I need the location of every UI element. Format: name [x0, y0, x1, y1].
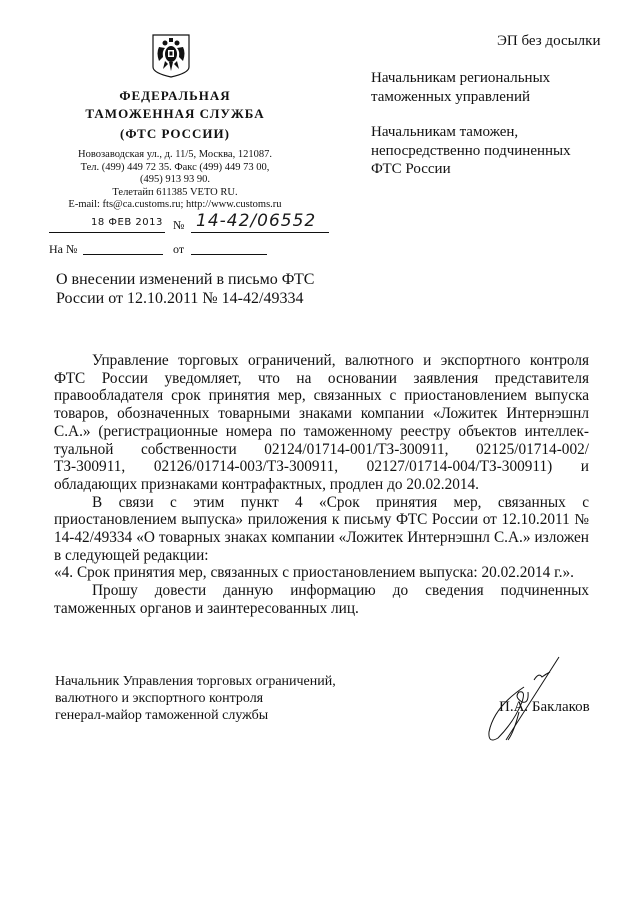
number-underline: [191, 232, 329, 233]
recipient-line: ФТС России: [371, 160, 571, 179]
recipient-block-1: Начальникам региональных таможенных упра…: [371, 69, 550, 106]
registration-number: 14-42/06552: [196, 211, 316, 231]
body-paragraph-2: В связи с этим пункт 4 «Срок принятия ме…: [54, 494, 589, 565]
org-name-line-3: (ФТС РОССИИ): [40, 126, 310, 142]
recipient-line: Начальникам региональных: [371, 69, 550, 88]
letter-body: Управление торговых ограничений, валютно…: [54, 352, 589, 618]
ref-number-blank: [83, 254, 163, 255]
subject-line-2: России от 12.10.2011 № 14-42/49334: [56, 289, 314, 308]
ref-date-label: от: [173, 242, 184, 257]
body-paragraph-quote: «4. Срок принятия мер, связанных с приос…: [54, 564, 589, 582]
teletype-line: Телетайп 611385 VETO RU.: [30, 187, 320, 200]
reference-line: На № от: [49, 240, 329, 260]
letter-subject: О внесении изменений в письмо ФТС России…: [56, 270, 314, 308]
signatory-name: П.А. Баклаков: [499, 699, 590, 716]
date-stamp: 18 ФЕВ 2013: [91, 217, 163, 228]
position-line: Начальник Управления торговых ограничени…: [55, 673, 336, 690]
recipient-line: непосредственно подчиненных: [371, 142, 571, 161]
position-line: генерал-майор таможенной службы: [55, 707, 336, 724]
coat-of-arms-icon: [151, 33, 191, 79]
recipient-line: Начальникам таможен,: [371, 123, 571, 142]
ref-number-label: На №: [49, 242, 77, 257]
org-address: Новозаводская ул., д. 11/5, Москва, 1210…: [30, 149, 320, 212]
address-line: Новозаводская ул., д. 11/5, Москва, 1210…: [30, 149, 320, 162]
delivery-marking: ЭП без досылки: [497, 33, 600, 50]
org-name-line-1: ФЕДЕРАЛЬНАЯ: [40, 88, 310, 104]
org-name-line-2: ТАМОЖЕННАЯ СЛУЖБА: [40, 106, 310, 122]
ref-date-blank: [191, 254, 267, 255]
signatory-position: Начальник Управления торговых ограничени…: [55, 673, 336, 724]
recipient-line: таможенных управлений: [371, 88, 550, 107]
position-line: валютного и экспортного контроля: [55, 690, 336, 707]
body-paragraph-3: Прошу довести данную информацию до сведе…: [54, 582, 589, 617]
date-underline: [49, 232, 165, 233]
phone-line-2: (495) 913 93 90.: [30, 174, 320, 187]
recipient-block-2: Начальникам таможен, непосредственно под…: [371, 123, 571, 179]
number-sign: №: [173, 218, 184, 233]
registration-line: 18 ФЕВ 2013 № 14-42/06552: [49, 214, 329, 238]
body-paragraph-1: Управление торговых ограничений, валютно…: [54, 352, 589, 494]
phone-line: Тел. (499) 449 72 35. Факс (499) 449 73 …: [30, 162, 320, 175]
subject-line-1: О внесении изменений в письмо ФТС: [56, 270, 314, 289]
email-line: E-mail: fts@ca.customs.ru; http://www.cu…: [30, 199, 320, 212]
